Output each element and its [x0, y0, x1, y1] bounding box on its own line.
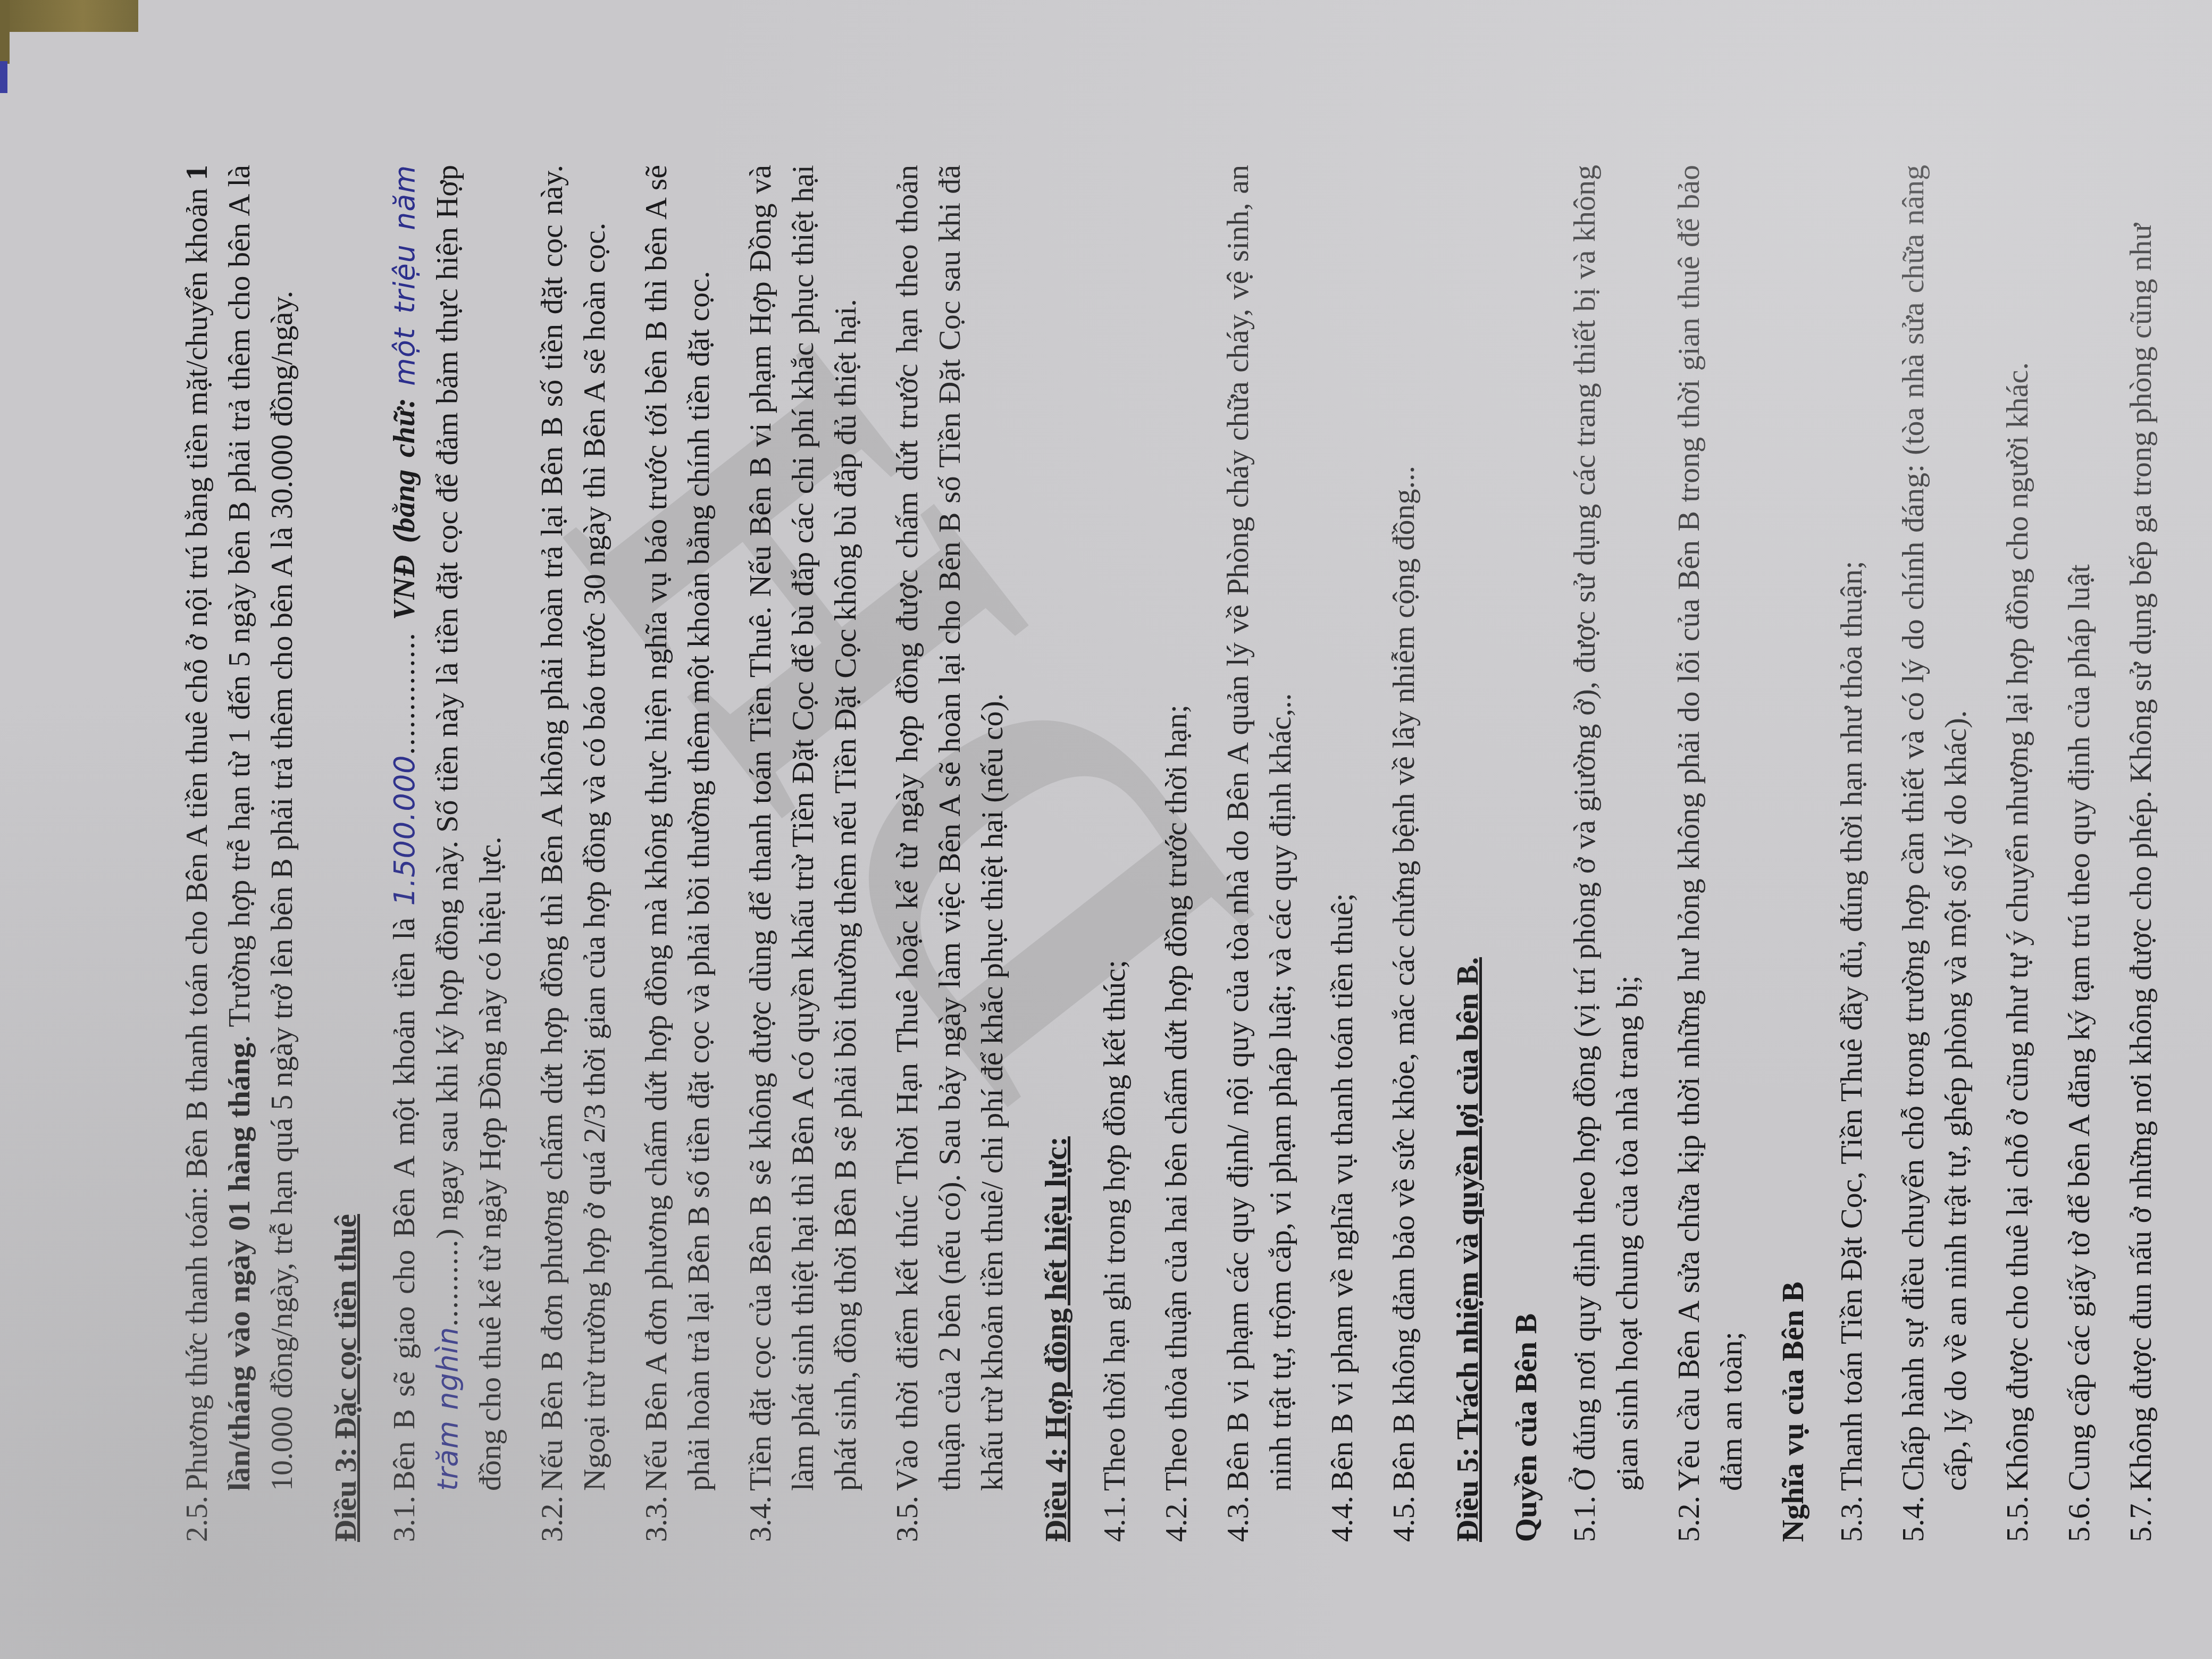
clause-number: 5.7.	[2119, 1491, 2162, 1542]
clause-3-1: 3.1.Bên B sẽ giao cho Bên A một khoản ti…	[383, 165, 512, 1542]
contract-page: DH 2.5.Phương thức thanh toán: Bên B tha…	[0, 0, 2212, 1659]
contract-content: 2.5.Phương thức thanh toán: Bên B thanh …	[175, 165, 2181, 1542]
clause-number: 3.1.	[383, 1491, 425, 1542]
clause-5-5: 5.5.Không được cho thuê lại chỗ ở cũng n…	[1996, 165, 2039, 1542]
clause-text: Yêu cầu Bên A sửa chữa kịp thời những hư…	[1671, 165, 1748, 1491]
clause-text: Không được đun nấu ở những nơi không đượ…	[2123, 223, 2158, 1491]
clause-text: Chấp hành sự điều chuyển chỗ trong trườn…	[1896, 165, 1973, 1491]
clause-number: 5.2.	[1668, 1491, 1710, 1542]
clause-text: Bên B vi phạm các quy định/ nội quy của …	[1220, 165, 1297, 1491]
obligations-subtitle: Nghĩa vụ của Bên B	[1772, 165, 1814, 1542]
fill-dots: ..............	[387, 632, 421, 755]
clause-text: Nếu Bên A đơn phương chấm dứt hợp đồng m…	[639, 165, 716, 1491]
clause-4-5: 4.5.Bên B không đảm bảo về sức khỏe, mắc…	[1382, 165, 1425, 1542]
clause-4-4: 4.4.Bên B vi phạm về nghĩa vụ thanh toán…	[1321, 165, 1363, 1542]
fill-dots: ..........	[430, 1239, 464, 1327]
clause-2-5: 2.5.Phương thức thanh toán: Bên B thanh …	[175, 165, 303, 1542]
clause-text: Theo thời hạn ghi trong hợp đồng kết thú…	[1097, 960, 1132, 1491]
clause-3-5: 3.5.Vào thời điểm kết thúc Thời Hạn Thuê…	[886, 165, 1013, 1542]
clause-5-3: 5.3.Thanh toán Tiền Đặt Cọc, Tiền Thuê đ…	[1830, 165, 1873, 1542]
currency-label: VNĐ (bằng chữ:	[387, 386, 421, 632]
rights-subtitle: Quyền của Bên B	[1505, 165, 1547, 1542]
clause-5-7: 5.7.Không được đun nấu ở những nơi không…	[2119, 165, 2162, 1542]
clause-number: 5.1.	[1563, 1491, 1606, 1542]
clause-3-4: 3.4.Tiền đặt cọc của Bên B sẽ không được…	[739, 165, 867, 1542]
clause-text: Tiền đặt cọc của Bên B sẽ không được dùn…	[743, 165, 862, 1491]
clause-number: 5.6.	[2058, 1491, 2100, 1542]
clause-number: 2.5.	[175, 1491, 218, 1542]
clause-text: Ở đúng nơi quy định theo hợp đồng (vị tr…	[1567, 165, 1644, 1491]
clause-number: 5.5.	[1996, 1491, 2039, 1542]
clause-number: 5.4.	[1892, 1491, 1934, 1542]
clause-text: Phương thức thanh toán: Bên B thanh toán…	[179, 180, 214, 1491]
clause-5-6: 5.6.Cung cấp các giấy tờ để bên A đăng k…	[2058, 165, 2100, 1542]
clause-number: 4.5.	[1382, 1491, 1425, 1542]
clause-number: 4.3.	[1217, 1491, 1259, 1542]
clause-3-2: 3.2.Nếu Bên B đơn phương chấm dứt hợp đồ…	[531, 165, 616, 1542]
clause-text: Theo thỏa thuận của hai bên chấm dứt hợp…	[1159, 705, 1193, 1491]
article-4-title: Điều 4: Hợp đồng hết hiệu lực:	[1035, 165, 1077, 1542]
clause-number: 4.2.	[1155, 1491, 1197, 1542]
clause-number: 4.4.	[1321, 1491, 1363, 1542]
article-5-title: Điều 5: Trách nhiệm và quyền lợi của bên…	[1446, 165, 1489, 1542]
clause-4-1: 4.1.Theo thời hạn ghi trong hợp đồng kết…	[1093, 165, 1136, 1542]
clause-text: Thanh toán Tiền Đặt Cọc, Tiền Thuê đầy đ…	[1834, 561, 1869, 1491]
clause-3-3: 3.3.Nếu Bên A đơn phương chấm dứt hợp đồ…	[635, 165, 720, 1542]
clause-text: Cung cấp các giấy tờ để bên A đăng ký tạ…	[2062, 564, 2096, 1491]
clause-number: 4.1.	[1093, 1491, 1136, 1542]
clause-5-4: 5.4.Chấp hành sự điều chuyển chỗ trong t…	[1892, 165, 1977, 1542]
handwritten-deposit-amount: 1.500.000	[388, 755, 421, 906]
clause-number: 5.3.	[1830, 1491, 1873, 1542]
clause-5-1: 5.1.Ở đúng nơi quy định theo hợp đồng (v…	[1563, 165, 1648, 1542]
clause-text: Nếu Bên B đơn phương chấm dứt hợp đồng t…	[534, 165, 611, 1491]
clause-text: Bên B sẽ giao cho Bên A một khoản tiền l…	[387, 906, 421, 1491]
clause-number: 3.5.	[886, 1491, 928, 1542]
clause-text: Bên B vi phạm về nghĩa vụ thanh toán tiề…	[1325, 893, 1359, 1491]
clause-number: 3.4.	[739, 1491, 782, 1542]
clause-number: 3.2.	[531, 1491, 573, 1542]
clause-text: Bên B không đảm bảo về sức khỏe, mắc các…	[1386, 466, 1421, 1491]
clause-number: 3.3.	[635, 1491, 677, 1542]
article-3-title: Điều 3: Đặc cọc tiền thuê	[324, 165, 367, 1542]
clause-text: Không được cho thuê lại chỗ ở cũng như t…	[2000, 362, 2034, 1491]
clause-4-3: 4.3.Bên B vi phạm các quy định/ nội quy …	[1217, 165, 1302, 1542]
clause-4-2: 4.2.Theo thỏa thuận của hai bên chấm dứt…	[1155, 165, 1197, 1542]
clause-text: Vào thời điểm kết thúc Thời Hạn Thuê hoặ…	[890, 165, 1009, 1491]
clause-5-2: 5.2.Yêu cầu Bên A sửa chữa kịp thời nhữn…	[1668, 165, 1753, 1542]
